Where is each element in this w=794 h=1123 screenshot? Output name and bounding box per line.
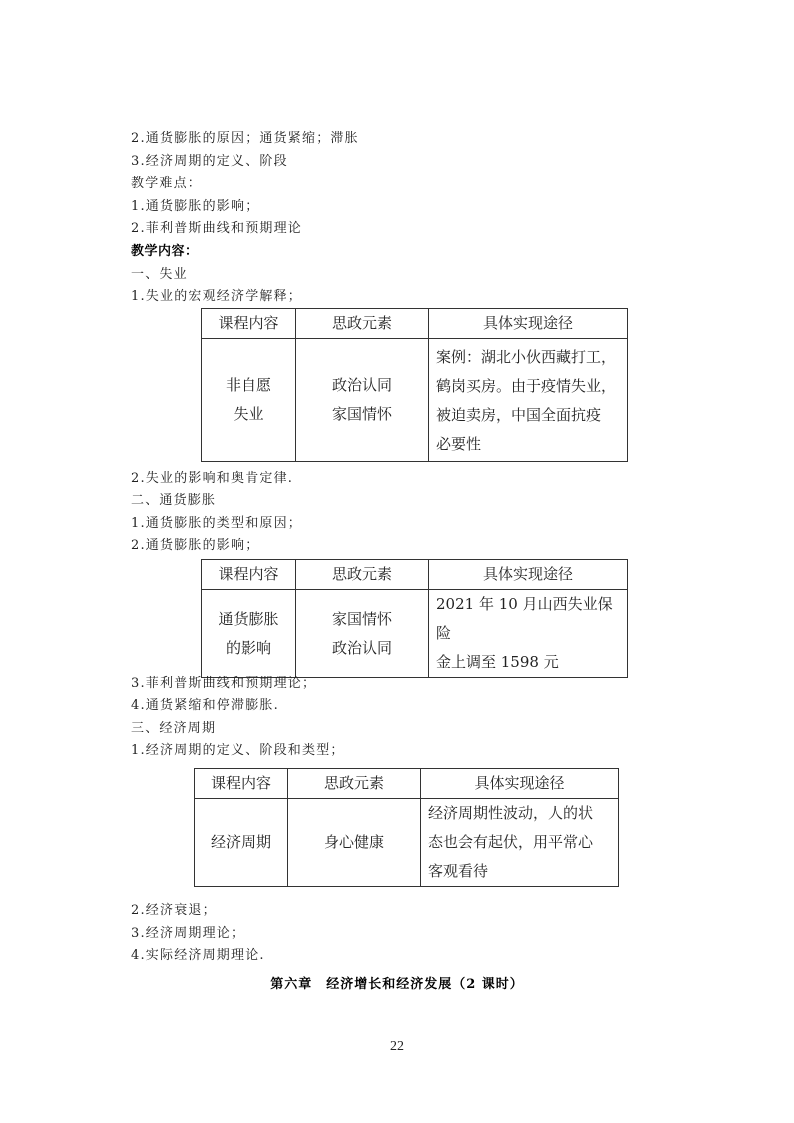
table-header-row: 课程内容 思政元素 具体实现途径	[195, 769, 619, 799]
ideology-table-inflation: 课程内容 思政元素 具体实现途径 通货膨胀 的影响 家国情怀 政治认同 2021…	[201, 559, 628, 678]
text-line: 3.经济周期理论；	[131, 926, 245, 942]
header-approach: 具体实现途径	[421, 769, 619, 799]
text-line: 4.实际经济周期理论.	[131, 948, 265, 964]
header-approach: 具体实现途径	[429, 309, 628, 339]
text-line: 3.菲利普斯曲线和预期理论；	[131, 676, 316, 692]
text-line: 4.通货紧缩和停滞膨胀.	[131, 698, 279, 714]
cell-course-content: 非自愿 失业	[202, 339, 296, 462]
cell-ideology-element: 政治认同 家国情怀	[296, 339, 429, 462]
table-row: 通货膨胀 的影响 家国情怀 政治认同 2021 年 10 月山西失业保险 金上调…	[202, 590, 628, 678]
text-line: 2.通货膨胀的影响；	[131, 538, 259, 554]
cell-course-content: 经济周期	[195, 799, 288, 887]
table-header-row: 课程内容 思政元素 具体实现途径	[202, 309, 628, 339]
text-line: 教学难点：	[131, 176, 202, 192]
table-row: 经济周期 身心健康 经济周期性波动，人的状 态也会有起伏，用平常心 客观看待	[195, 799, 619, 887]
header-ideology-element: 思政元素	[288, 769, 421, 799]
text-line: 1.通货膨胀的类型和原因；	[131, 516, 302, 532]
text-line: 1.失业的宏观经济学解释；	[131, 289, 302, 305]
cell-ideology-element: 家国情怀 政治认同	[296, 590, 429, 678]
text-line: 3.经济周期的定义、阶段	[131, 154, 288, 170]
header-approach: 具体实现途径	[429, 560, 628, 590]
cell-ideology-element: 身心健康	[288, 799, 421, 887]
teaching-content-heading: 教学内容：	[131, 244, 199, 260]
text-line: 2.失业的影响和奥肯定律.	[131, 471, 293, 487]
ideology-table-unemployment: 课程内容 思政元素 具体实现途径 非自愿 失业 政治认同 家国情怀 案例：湖北小…	[201, 308, 628, 462]
cell-approach: 经济周期性波动，人的状 态也会有起伏，用平常心 客观看待	[421, 799, 619, 887]
section-title-business-cycle: 三、经济周期	[131, 721, 216, 737]
section-title-inflation: 二、通货膨胀	[131, 493, 216, 509]
cell-approach: 案例：湖北小伙西藏打工， 鹤岗买房。由于疫情失业， 被迫卖房，中国全面抗疫 必要…	[429, 339, 628, 462]
text-line: 2.经济衰退；	[131, 903, 217, 919]
header-ideology-element: 思政元素	[296, 560, 429, 590]
cell-course-content: 通货膨胀 的影响	[202, 590, 296, 678]
cell-approach: 2021 年 10 月山西失业保险 金上调至 1598 元	[429, 590, 628, 678]
header-course-content: 课程内容	[195, 769, 288, 799]
text-line: 1.通货膨胀的影响；	[131, 199, 259, 215]
chapter-heading: 第六章 经济增长和经济发展（2 课时）	[0, 973, 794, 992]
text-line: 2.菲利普斯曲线和预期理论	[131, 221, 302, 237]
text-line: 2.通货膨胀的原因；通货紧缩；滞胀	[131, 131, 359, 147]
header-ideology-element: 思政元素	[296, 309, 429, 339]
page-number: 22	[0, 1039, 794, 1055]
table-row: 非自愿 失业 政治认同 家国情怀 案例：湖北小伙西藏打工， 鹤岗买房。由于疫情失…	[202, 339, 628, 462]
ideology-table-business-cycle: 课程内容 思政元素 具体实现途径 经济周期 身心健康 经济周期性波动，人的状 态…	[194, 768, 619, 887]
header-course-content: 课程内容	[202, 309, 296, 339]
section-title-unemployment: 一、失业	[131, 267, 188, 283]
text-line: 1.经济周期的定义、阶段和类型；	[131, 743, 345, 759]
table-header-row: 课程内容 思政元素 具体实现途径	[202, 560, 628, 590]
document-page: 2.通货膨胀的原因；通货紧缩；滞胀 3.经济周期的定义、阶段 教学难点： 1.通…	[0, 0, 794, 1123]
header-course-content: 课程内容	[202, 560, 296, 590]
